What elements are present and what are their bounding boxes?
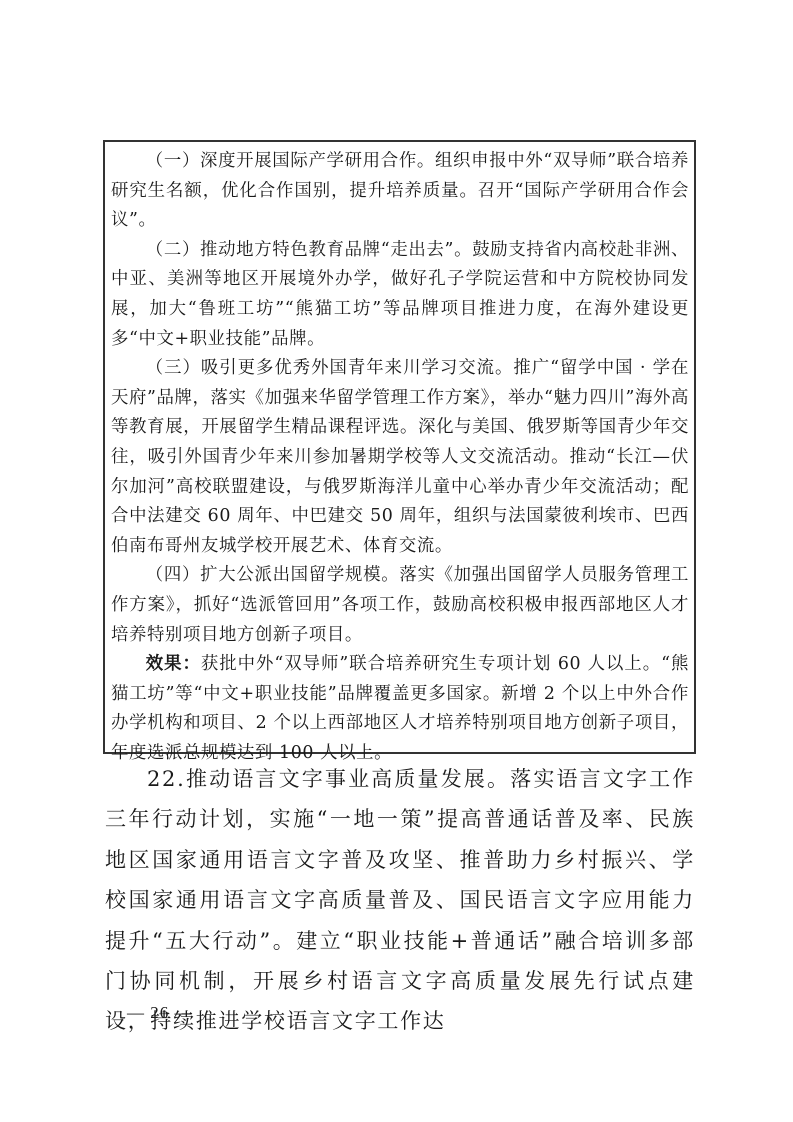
item-text: 推广“留学中国 · 学在天府”品牌，落实《加强来华留学管理工作方案》，举办“魅力… [111,358,689,556]
paragraph-heading: 22.推动语言文字事业高质量发展。 [147,767,510,791]
item-heading: （四）扩大公派出国留学规模。 [146,565,400,585]
item-heading: （二）推动地方特色教育品牌“走出去”。 [146,240,472,260]
body-section: 22.推动语言文字事业高质量发展。落实语言文字工作三年行动计划，实施“一地一策”… [105,759,695,1042]
box-content: （一）深度开展国际产学研用合作。组织申报中外“双导师”联合培养研究生名额，优化合… [111,147,689,768]
box-item-3: （三）吸引更多优秀外国青年来川学习交流。推广“留学中国 · 学在天府”品牌，落实… [111,354,689,561]
item-heading: （一）深度开展国际产学研用合作。 [146,151,435,171]
box-item-2: （二）推动地方特色教育品牌“走出去”。鼓励支持省内高校赴非洲、中亚、美洲等地区开… [111,236,689,354]
paragraph-text: 落实语言文字工作三年行动计划，实施“一地一策”提高普通话普及率、民族地区国家通用… [105,767,695,1033]
box-item-1: （一）深度开展国际产学研用合作。组织申报中外“双导师”联合培养研究生名额，优化合… [111,147,689,236]
box-effect: 效果：获批中外“双导师”联合培养研究生专项计划 60 人以上。“熊猫工坊”等“中… [111,650,689,768]
effect-label: 效果： [146,654,201,674]
paragraph-22: 22.推动语言文字事业高质量发展。落实语言文字工作三年行动计划，实施“一地一策”… [105,759,695,1042]
item-heading: （三）吸引更多优秀外国青年来川学习交流。 [146,358,514,378]
box-item-4: （四）扩大公派出国留学规模。落实《加强出国留学人员服务管理工作方案》，抓好“选派… [111,561,689,650]
highlight-box: （一）深度开展国际产学研用合作。组织申报中外“双导师”联合培养研究生名额，优化合… [103,140,696,754]
page-number: — 26 — [127,1003,193,1023]
